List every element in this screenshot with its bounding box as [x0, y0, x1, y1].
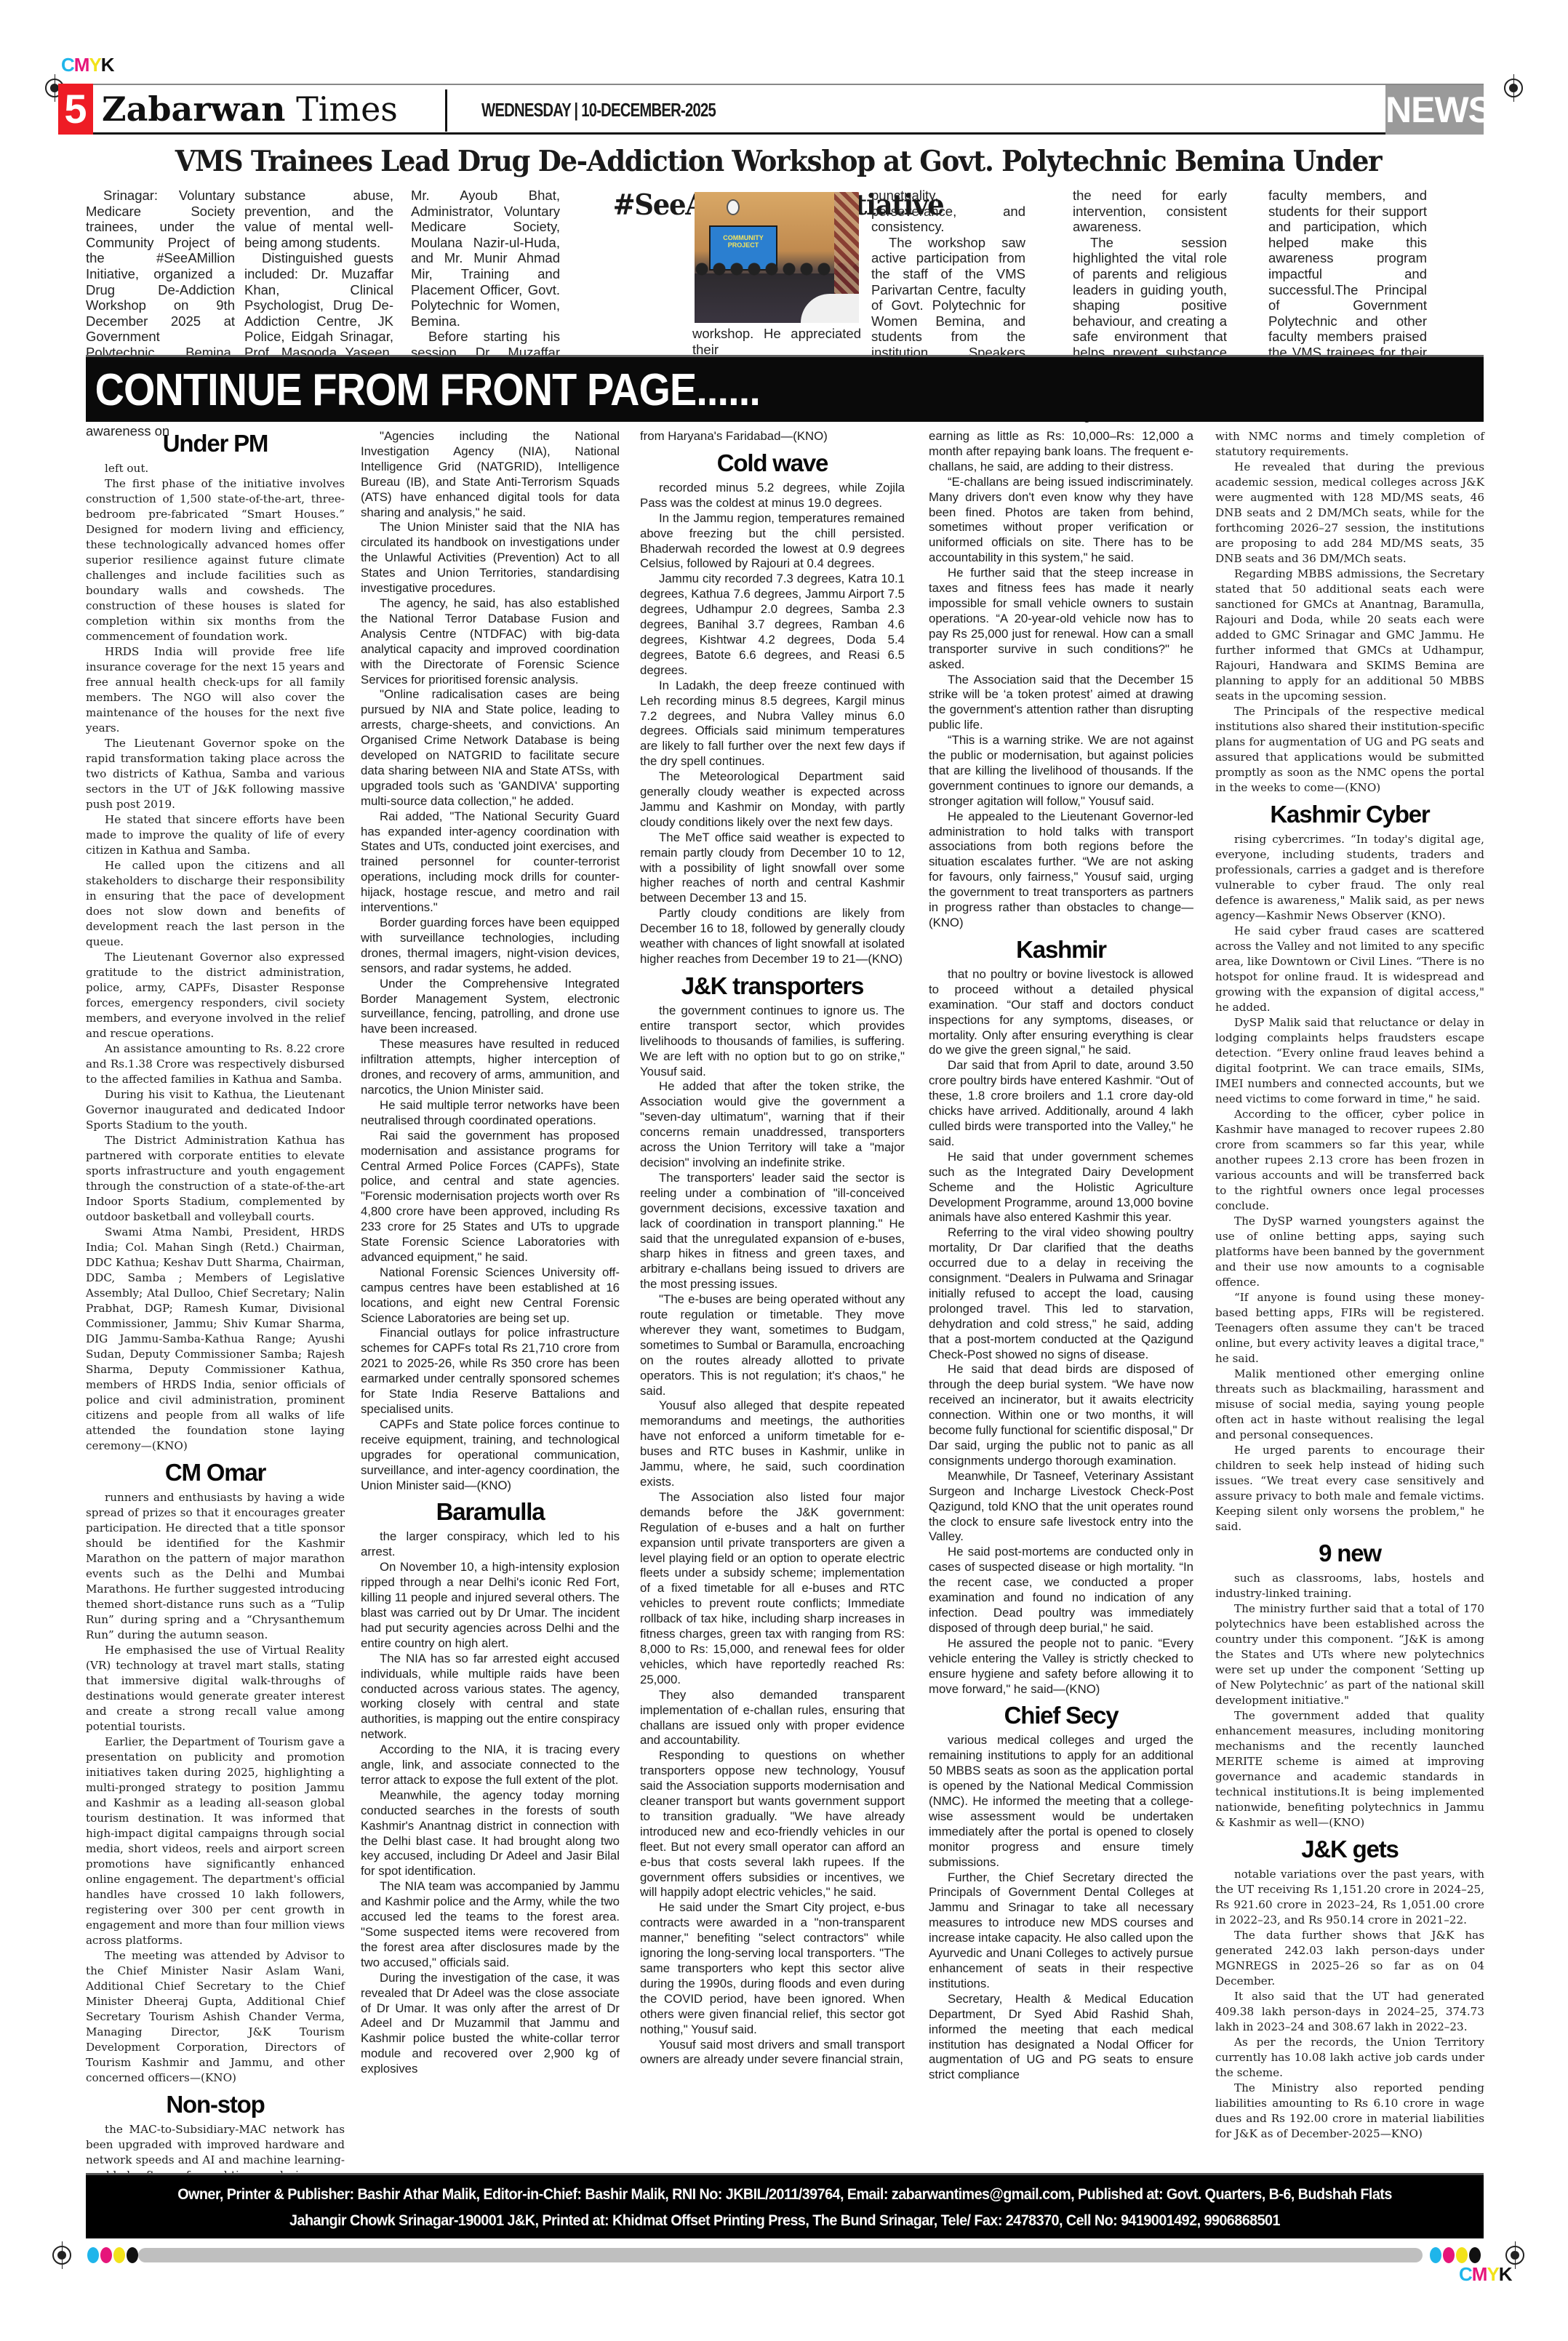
color-calibration-strip: [86, 2247, 1484, 2263]
screen-text: COMMUNITY PROJECT: [711, 234, 776, 249]
column-2: "Agencies including the National Investi…: [361, 429, 620, 2077]
yellow-dot: [1456, 2247, 1468, 2263]
paragraph: rising cybercrimes. “In today's digital …: [1215, 832, 1484, 924]
magenta-dot: [100, 2247, 112, 2263]
paragraph: The transporters' leader said the sector…: [640, 1171, 905, 1292]
paragraph: Malik mentioned other emerging online th…: [1215, 1366, 1484, 1443]
paragraph: During the investigation of the case, it…: [361, 1971, 620, 2077]
column-5: with NMC norms and timely completion of …: [1215, 429, 1484, 2142]
paragraph: The Ministry also reported pending liabi…: [1215, 2081, 1484, 2142]
paragraph: He further said that the steep increase …: [929, 566, 1193, 672]
paragraph: "Online radicalisation cases are being p…: [361, 687, 620, 809]
paragraph: Meanwhile, the agency today morning cond…: [361, 1788, 620, 1879]
paragraph: Referring to the viral video showing pou…: [929, 1225, 1193, 1362]
ink-dots-left: [87, 2247, 138, 2263]
paragraph: substance abuse, prevention, and the val…: [244, 188, 393, 250]
paragraph: Under the Comprehensive Integrated Borde…: [361, 977, 620, 1038]
paragraph: "The e-buses are being operated without …: [640, 1292, 905, 1398]
paragraph: “If anyone is found using these money-ba…: [1215, 1290, 1484, 1366]
paragraph: On November 10, a high-intensity explosi…: [361, 1560, 620, 1651]
paragraph: Mr. Ayoub Bhat, Administrator, Voluntary…: [411, 188, 560, 329]
workshop-photo: COMMUNITY PROJECT: [695, 192, 859, 323]
paragraph: According to the officer, cyber police i…: [1215, 1107, 1484, 1214]
issue-date: WEDNESDAY | 10-DECEMBER-2025: [481, 97, 716, 123]
paragraph: The Union Minister said that the NIA has…: [361, 520, 620, 596]
paragraph: Financial outlays for police infrastruct…: [361, 1326, 620, 1417]
paragraph: He said that dead birds are disposed of …: [929, 1362, 1193, 1468]
paragraph: The Principals of the respective medical…: [1215, 704, 1484, 796]
paragraph: such as classrooms, labs, hostels and in…: [1215, 1571, 1484, 1601]
paragraph: “E-challans are being issued indiscrimin…: [929, 475, 1193, 566]
paragraph: HRDS India will provide free life insura…: [86, 644, 345, 736]
paragraph: The Lieutenant Governor spoke on the rap…: [86, 736, 345, 812]
registration-mark-icon: [52, 2246, 71, 2265]
paragraph: The District Administration Kathua has p…: [86, 1133, 345, 1225]
paragraph: workshop. He appreciated their: [692, 326, 861, 357]
paragraph: Yousuf also alleged that despite repeate…: [640, 1398, 905, 1489]
paragraph: He assured the people not to panic. “Eve…: [929, 1636, 1193, 1697]
cmyk-k: K: [101, 54, 114, 76]
paragraph: Responding to questions on whether trans…: [640, 1748, 905, 1900]
paragraph: As per the records, the Union Territory …: [1215, 2035, 1484, 2081]
paragraph: These measures have resulted in reduced …: [361, 1037, 620, 1098]
paragraph: Rai added, "The National Security Guard …: [361, 809, 620, 916]
story-heading-chief-secy: Chief Secy: [929, 1701, 1193, 1730]
cmyk-m: M: [74, 54, 89, 76]
paragraph: The NIA team was accompanied by Jammu an…: [361, 1879, 620, 1970]
paragraph: "Agencies including the National Investi…: [361, 429, 620, 520]
magenta-dot: [1443, 2247, 1455, 2263]
paragraph: It also said that the UT had generated 4…: [1215, 1989, 1484, 2035]
paragraph: The Meteorological Department said gener…: [640, 769, 905, 831]
paragraph: According to the NIA, it is tracing ever…: [361, 1742, 620, 1788]
paragraph: He called upon the citizens and all stak…: [86, 858, 345, 950]
paragraph: The data further shows that J&K has gene…: [1215, 1928, 1484, 1989]
paragraph: the larger conspiracy, which led to his …: [361, 1529, 620, 1560]
story-heading-non-stop: Non-stop: [86, 2090, 345, 2119]
continue-banner: CONTINUE FROM FRONT PAGE......: [86, 355, 1484, 422]
paragraph: He said multiple terror networks have be…: [361, 1098, 620, 1129]
cmyk-y: Y: [1487, 2263, 1498, 2285]
cyan-dot: [87, 2247, 99, 2263]
paragraph: Earlier, the Department of Tourism gave …: [86, 1734, 345, 1948]
paragraph: In Ladakh, the deep freeze continued wit…: [640, 679, 905, 769]
paragraph: The NIA has so far arrested eight accuse…: [361, 1652, 620, 1742]
ink-dots-right: [1430, 2247, 1481, 2263]
paragraph: The meeting was attended by Advisor to t…: [86, 1948, 345, 2086]
paragraph: notable variations over the past years, …: [1215, 1867, 1484, 1928]
paper-name-light: Times: [285, 89, 397, 129]
imprint-line-2: Jahangir Chowk Srinagar-190001 J&K, Prin…: [142, 2207, 1428, 2233]
column-1: Under PM left out. The first phase of th…: [86, 429, 345, 2183]
paragraph: He emphasised the use of Virtual Reality…: [86, 1643, 345, 1734]
paragraph: He appealed to the Lieutenant Governor-l…: [929, 809, 1193, 931]
paragraph: The agency, he said, has also establishe…: [361, 596, 620, 687]
paragraph: The government added that quality enhanc…: [1215, 1708, 1484, 1830]
story-heading-cm-omar: CM Omar: [86, 1458, 345, 1487]
paragraph: DySP Malik said that reluctance or delay…: [1215, 1015, 1484, 1107]
cmyk-mark-bottom: CMYK: [1459, 2263, 1512, 2286]
paragraph: the need for early intervention, consist…: [1073, 188, 1227, 235]
column-3: from Haryana's Faridabad—(KNO) Cold wave…: [640, 429, 905, 2068]
paragraph: The Association also listed four major d…: [640, 1490, 905, 1688]
story-heading-baramulla: Baramulla: [361, 1497, 620, 1526]
yellow-dot: [113, 2247, 125, 2263]
paragraph: He revealed that during the previous aca…: [1215, 460, 1484, 567]
paragraph: CAPFs and State police forces continue t…: [361, 1417, 620, 1494]
paragraph: During his visit to Kathua, the Lieutena…: [86, 1087, 345, 1133]
paragraph: various medical colleges and urged the r…: [929, 1733, 1193, 1870]
paragraph: National Forensic Sciences University of…: [361, 1265, 620, 1326]
paragraph: Dar said that from April to date, around…: [929, 1058, 1193, 1149]
page-number: 5: [58, 84, 93, 135]
paragraph: An assistance amounting to Rs. 8.22 cror…: [86, 1041, 345, 1087]
story-heading-9-new: 9 new: [1215, 1539, 1484, 1568]
paragraph: Partly cloudy conditions are likely from…: [640, 906, 905, 967]
cmyk-c: C: [1459, 2263, 1472, 2285]
paragraph: He said that under government schemes su…: [929, 1150, 1193, 1226]
paragraph: He said under the Smart City project, e-…: [640, 1900, 905, 2037]
paragraph: The Association said that the December 1…: [929, 673, 1193, 734]
story-heading-jk-transporters: J&K transporters: [640, 972, 905, 1001]
paragraph: In the Jammu region, temperatures remain…: [640, 511, 905, 572]
clock-icon: [727, 199, 740, 215]
paragraph: punctuality, perseverance, and consisten…: [871, 188, 1025, 235]
paragraph: earning as little as Rs: 10,000–Rs: 12,0…: [929, 429, 1193, 475]
paragraph: The MeT office said weather is expected …: [640, 831, 905, 907]
cmyk-y: Y: [89, 54, 100, 76]
paragraph: recorded minus 5.2 degrees, while Zojila…: [640, 481, 905, 511]
black-dot: [1469, 2247, 1481, 2263]
paragraph: the government continues to ignore us. T…: [640, 1004, 905, 1080]
story-heading-jk-gets: J&K gets: [1215, 1835, 1484, 1864]
paragraph: from Haryana's Faridabad—(KNO): [640, 429, 905, 444]
paragraph: with NMC norms and timely completion of …: [1215, 429, 1484, 460]
paragraph: The first phase of the initiative involv…: [86, 476, 345, 644]
paragraph: He urged parents to encourage their chil…: [1215, 1443, 1484, 1534]
registration-mark-icon: [1505, 2246, 1524, 2265]
paragraph: He said post-mortems are conducted only …: [929, 1545, 1193, 1636]
paper-name-bold: Zabarwan: [102, 89, 285, 129]
paragraph: Meanwhile, Dr Tasneef, Veterinary Assist…: [929, 1469, 1193, 1545]
paragraph: They also demanded transparent implement…: [640, 1688, 905, 1749]
issue-day: WEDNESDAY: [481, 99, 571, 121]
registration-mark-icon: [1504, 79, 1523, 97]
masthead-divider: [445, 89, 447, 132]
imprint-footer: Owner, Printer & Publisher: Bashir Athar…: [86, 2173, 1484, 2238]
column-4: earning as little as Rs: 10,000–Rs: 12,0…: [929, 429, 1193, 2083]
paragraph: Further, the Chief Secretary directed th…: [929, 1870, 1193, 1992]
story-heading-kashmir: Kashmir: [929, 935, 1193, 964]
cmyk-mark-top: CMYK: [61, 54, 114, 76]
story-heading-cold-wave: Cold wave: [640, 449, 905, 478]
paragraph: Secretary, Health & Medical Education De…: [929, 1992, 1193, 2083]
paragraph: runners and enthusiasts by having a wide…: [86, 1490, 345, 1643]
paragraph: Swami Atma Nambi, President, HRDS India;…: [86, 1225, 345, 1454]
paragraph: Yousuf said most drivers and small trans…: [640, 2038, 905, 2068]
issue-date-value: 10-DECEMBER-2025: [581, 99, 716, 121]
black-dot: [127, 2247, 138, 2263]
paragraph: that no poultry or bovine livestock is a…: [929, 967, 1193, 1058]
story-heading-under-pm: Under PM: [86, 429, 345, 458]
date-separator: |: [571, 99, 582, 121]
paragraph: Border guarding forces have been equippe…: [361, 916, 620, 977]
paragraph: The ministry further said that a total o…: [1215, 1601, 1484, 1708]
paragraph: The DySP warned youngsters against the u…: [1215, 1214, 1484, 1290]
imprint-line-1: Owner, Printer & Publisher: Bashir Athar…: [142, 2181, 1428, 2207]
paragraph: “This is a warning strike. We are not ag…: [929, 733, 1193, 809]
cmyk-k: K: [1499, 2263, 1512, 2285]
story-heading-kashmir-cyber: Kashmir Cyber: [1215, 800, 1484, 829]
paragraph: He added that after the token strike, th…: [640, 1079, 905, 1170]
paragraph: Regarding MBBS admissions, the Secretary…: [1215, 567, 1484, 704]
paragraph: The Lieutenant Governor also expressed g…: [86, 950, 345, 1041]
paper-name: Zabarwan Times: [102, 86, 398, 132]
gray-bar: [138, 2248, 1423, 2262]
cyan-dot: [1430, 2247, 1441, 2263]
paragraph: left out.: [86, 461, 345, 476]
top-story-photo-caption-line: workshop. He appreciated their: [692, 326, 861, 357]
cmyk-c: C: [61, 54, 74, 76]
paragraph: He said cyber fraud cases are scattered …: [1215, 924, 1484, 1015]
paragraph: He stated that sincere efforts have been…: [86, 812, 345, 858]
paragraph: Jammu city recorded 7.3 degrees, Katra 1…: [640, 572, 905, 678]
paragraph: Rai said the government has proposed mod…: [361, 1129, 620, 1265]
continue-banner-text: CONTINUE FROM FRONT PAGE......: [86, 357, 1344, 424]
section-tag: NEWS: [1385, 85, 1484, 135]
cmyk-m: M: [1472, 2263, 1487, 2285]
